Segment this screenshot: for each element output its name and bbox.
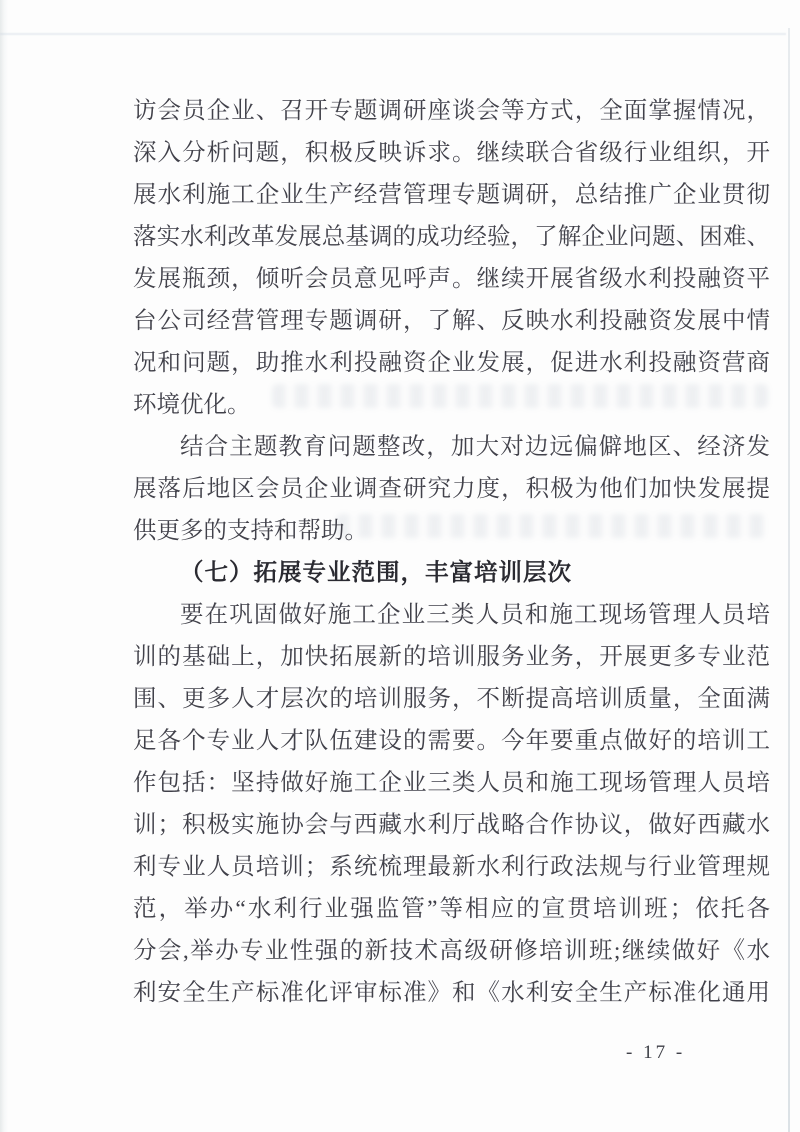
scan-line-artifact	[0, 33, 786, 35]
page-left-edge-shadow	[0, 0, 8, 1132]
text-line: 况和问题，助推水利投融资企业发展，促进水利投融资营商	[133, 342, 770, 384]
text-line: 足各个专业人才队伍建设的需要。今年要重点做好的培训工	[133, 720, 770, 762]
text-line: 作包括：坚持做好施工企业三类人员和施工现场管理人员培	[133, 762, 770, 804]
page-number: - 17 -	[626, 1042, 685, 1064]
text-line: 访会员企业、召开专题调研座谈会等方式，全面掌握情况，	[133, 90, 770, 132]
text-line: 结合主题教育问题整改，加大对边远偏僻地区、经济发	[133, 426, 770, 468]
text-line: 展落后地区会员企业调查研究力度，积极为他们加快发展提	[133, 468, 770, 510]
document-page: 访会员企业、召开专题调研座谈会等方式，全面掌握情况，深入分析问题，积极反映诉求。…	[0, 0, 800, 1132]
text-line: 发展瓶颈，倾听会员意见呼声。继续开展省级水利投融资平	[133, 258, 770, 300]
text-line: 展水利施工企业生产经营管理专题调研，总结推广企业贯彻	[133, 174, 770, 216]
text-line: 台公司经营管理专题调研，了解、反映水利投融资发展中情	[133, 300, 770, 342]
text-line: 利安全生产标准化评审标准》和《水利安全生产标准化通用	[133, 972, 770, 1014]
text-line: 供更多的支持和帮助。	[133, 510, 770, 552]
text-line: 落实水利改革发展总基调的成功经验，了解企业问题、困难、	[133, 216, 770, 258]
text-line: 范，举办“水利行业强监管”等相应的宣贯培训班；依托各	[133, 888, 770, 930]
text-line: 训的基础上，加快拓展新的培训服务业务，开展更多专业范	[133, 636, 770, 678]
text-line: 围、更多人才层次的培训服务，不断提高培训质量，全面满	[133, 678, 770, 720]
text-line: 利专业人员培训；系统梳理最新水利行政法规与行业管理规	[133, 846, 770, 888]
text-line: 环境优化。	[133, 384, 770, 426]
text-line: 分会,举办专业性强的新技术高级研修培训班;继续做好《水	[133, 930, 770, 972]
page-right-edge-line	[788, 28, 790, 1132]
document-body: 访会员企业、召开专题调研座谈会等方式，全面掌握情况，深入分析问题，积极反映诉求。…	[133, 90, 770, 1014]
section-heading: （七）拓展专业范围，丰富培训层次	[133, 552, 770, 594]
text-line: 训；积极实施协会与西藏水利厅战略合作协议，做好西藏水	[133, 804, 770, 846]
text-line: 深入分析问题，积极反映诉求。继续联合省级行业组织，开	[133, 132, 770, 174]
text-line: 要在巩固做好施工企业三类人员和施工现场管理人员培	[133, 594, 770, 636]
